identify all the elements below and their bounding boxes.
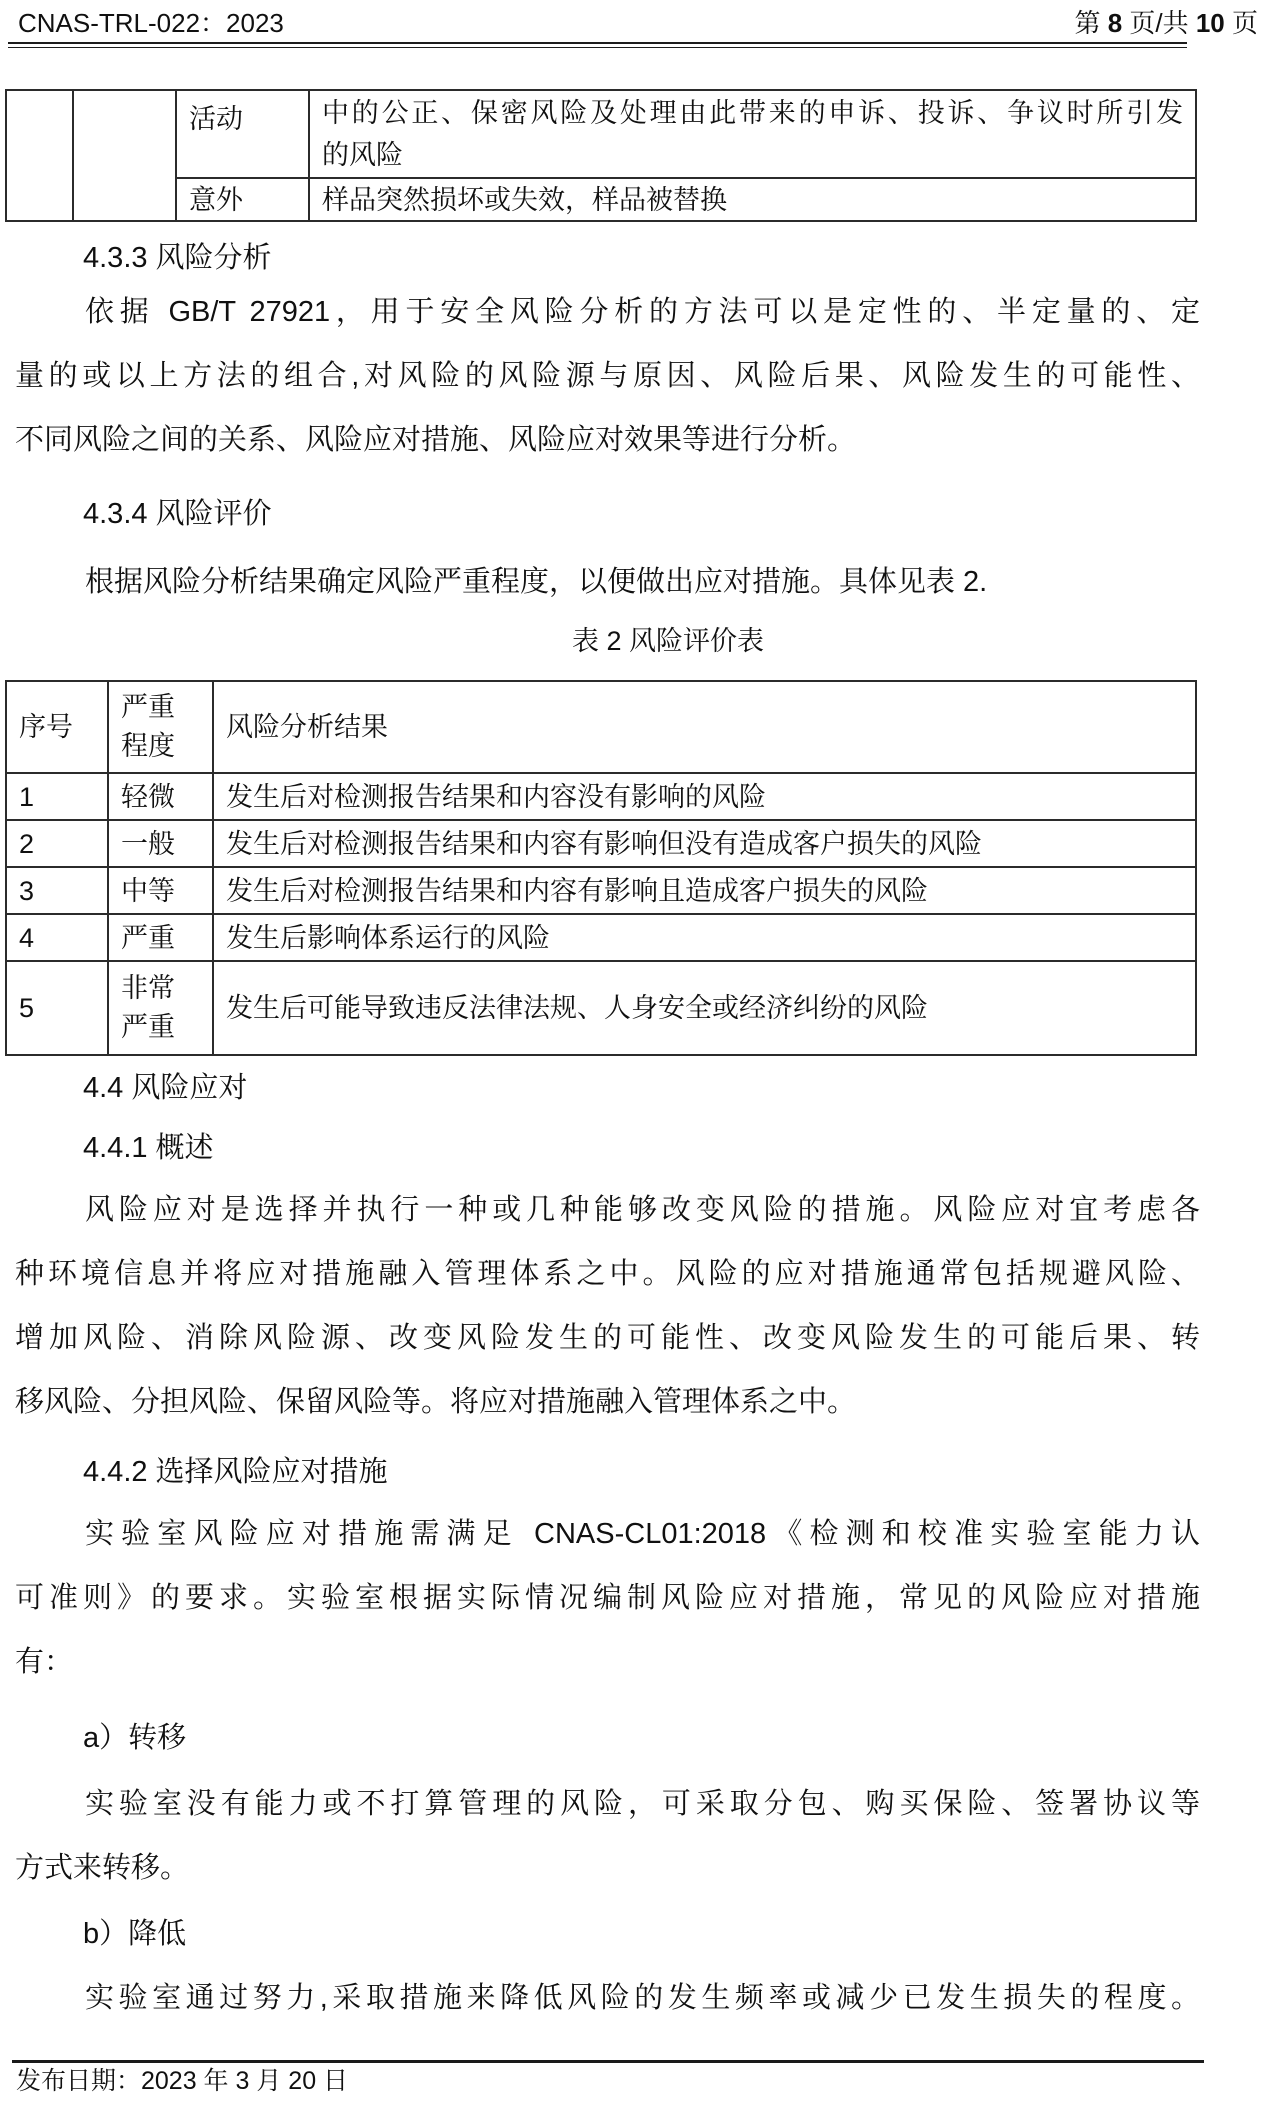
paragraph-line: 实验室没有能力或不打算管理的风险，可采取分包、购买保险、签署协议等 [15, 1772, 1200, 1836]
doc-number: CNAS-TRL-022：2023 [18, 8, 284, 38]
list-item-a-label: a）转移 [83, 1722, 1280, 1754]
col-header-result: 风险分析结果 [213, 681, 1196, 773]
paragraph-line: 实验室风险应对措施需满足 CNAS-CL01:2018《检测和校准实验室能力认 [15, 1502, 1200, 1566]
header-rule [8, 42, 1187, 48]
risk-type-cell: 意外 [176, 178, 309, 221]
col-header-severity: 严重程度 [108, 681, 213, 773]
risk-desc-cell: 样品突然损坏或失效，样品被替换 [309, 178, 1196, 221]
severity-cell: 严重 [108, 914, 213, 961]
continued-empty-cell-2 [73, 90, 176, 221]
paragraph-4-3-3: 依据 GB/T 27921，用于安全风险分析的方法可以是定性的、半定量的、定 量… [15, 280, 1200, 472]
heading-4-4: 4.4 风险应对 [83, 1072, 1280, 1104]
severity-cell: 一般 [108, 820, 213, 867]
table-row: 5 非常严重 发生后可能导致违反法律法规、人身安全或经济纠纷的风险 [6, 961, 1196, 1055]
table-row: 2 一般 发生后对检测报告结果和内容有影响但没有造成客户损失的风险 [6, 820, 1196, 867]
heading-4-4-1: 4.4.1 概述 [83, 1132, 1280, 1164]
table-row: 3 中等 发生后对检测报告结果和内容有影响且造成客户损失的风险 [6, 867, 1196, 914]
page-indicator: 第 8 页/共 10 页 [1074, 8, 1258, 38]
risk-evaluation-table: 序号 严重程度 风险分析结果 1 轻微 发生后对检测报告结果和内容没有影响的风险… [5, 680, 1197, 1056]
result-cell: 发生后对检测报告结果和内容有影响且造成客户损失的风险 [213, 867, 1196, 914]
document-page: CNAS-TRL-022：2023 第 8 页/共 10 页 活动 中的公正、保… [0, 0, 1280, 2103]
total-page-number: 10 [1196, 8, 1225, 38]
paragraph-line: 移风险、分担风险、保留风险等。将应对措施融入管理体系之中。 [15, 1370, 1200, 1434]
page-footer: 发布日期：2023 年 3 月 20 日 [12, 2060, 1204, 2099]
index-cell: 1 [6, 773, 108, 820]
paragraph-line: 可准则》的要求。实验室根据实际情况编制风险应对措施，常见的风险应对措施 [15, 1566, 1200, 1630]
risk-desc-cell: 中的公正、保密风险及处理由此带来的申诉、投诉、争议时所引发 的风险 [309, 90, 1196, 178]
table-row: 意外 样品突然损坏或失效，样品被替换 [6, 178, 1196, 221]
page-indicator-prefix: 第 [1074, 8, 1107, 38]
paragraph-4-3-4: 根据风险分析结果确定风险严重程度，以便做出应对措施。具体见表 2. [15, 550, 1200, 614]
paragraph-4-4-2: 实验室风险应对措施需满足 CNAS-CL01:2018《检测和校准实验室能力认 … [15, 1502, 1200, 1694]
index-cell: 3 [6, 867, 108, 914]
list-item-b-label: b）降低 [83, 1918, 1280, 1950]
severity-cell: 非常严重 [108, 961, 213, 1055]
page-indicator-suffix: 页 [1225, 8, 1258, 38]
paragraph-line: 依据 GB/T 27921，用于安全风险分析的方法可以是定性的、半定量的、定 [15, 280, 1200, 344]
page-indicator-middle: 页/共 [1122, 8, 1196, 38]
risk-desc-line: 中的公正、保密风险及处理由此带来的申诉、投诉、争议时所引发 [322, 92, 1183, 134]
table-row: 活动 中的公正、保密风险及处理由此带来的申诉、投诉、争议时所引发 的风险 [6, 90, 1196, 178]
result-cell: 发生后影响体系运行的风险 [213, 914, 1196, 961]
paragraph-item-a: 实验室没有能力或不打算管理的风险，可采取分包、购买保险、签署协议等 方式来转移。 [15, 1772, 1200, 1900]
result-cell: 发生后可能导致违反法律法规、人身安全或经济纠纷的风险 [213, 961, 1196, 1055]
publish-date: 发布日期：2023 年 3 月 20 日 [12, 2063, 1204, 2099]
paragraph-line: 增加风险、消除风险源、改变风险发生的可能性、改变风险发生的可能后果、转 [15, 1306, 1200, 1370]
current-page-number: 8 [1108, 8, 1122, 38]
result-cell: 发生后对检测报告结果和内容有影响但没有造成客户损失的风险 [213, 820, 1196, 867]
table-header-row: 序号 严重程度 风险分析结果 [6, 681, 1196, 773]
paragraph-line: 量的或以上方法的组合,对风险的风险源与原因、风险后果、风险发生的可能性、 [15, 344, 1200, 408]
heading-4-3-3: 4.3.3 风险分析 [83, 242, 1280, 274]
index-cell: 4 [6, 914, 108, 961]
paragraph-line: 实验室通过努力,采取措施来降低风险的发生频率或减少已发生损失的程度。 [15, 1966, 1200, 2030]
severity-cell: 中等 [108, 867, 213, 914]
result-cell: 发生后对检测报告结果和内容没有影响的风险 [213, 773, 1196, 820]
risk-type-cell: 活动 [176, 90, 309, 178]
index-cell: 5 [6, 961, 108, 1055]
severity-cell: 轻微 [108, 773, 213, 820]
paragraph-4-4-1: 风险应对是选择并执行一种或几种能够改变风险的措施。风险应对宜考虑各 种环境信息并… [15, 1178, 1200, 1434]
table-row: 4 严重 发生后影响体系运行的风险 [6, 914, 1196, 961]
paragraph-line: 有： [15, 1630, 1200, 1694]
paragraph-item-b: 实验室通过努力,采取措施来降低风险的发生频率或减少已发生损失的程度。 [15, 1966, 1200, 2030]
continued-risk-table: 活动 中的公正、保密风险及处理由此带来的申诉、投诉、争议时所引发 的风险 意外 … [5, 89, 1197, 222]
paragraph-line: 种环境信息并将应对措施融入管理体系之中。风险的应对措施通常包括规避风险、 [15, 1242, 1200, 1306]
table2-caption: 表 2 风险评价表 [28, 626, 1280, 656]
paragraph-line: 方式来转移。 [15, 1836, 1200, 1900]
page-header: CNAS-TRL-022：2023 第 8 页/共 10 页 [0, 0, 1280, 38]
table-row: 1 轻微 发生后对检测报告结果和内容没有影响的风险 [6, 773, 1196, 820]
paragraph-line: 风险应对是选择并执行一种或几种能够改变风险的措施。风险应对宜考虑各 [15, 1178, 1200, 1242]
index-cell: 2 [6, 820, 108, 867]
heading-4-4-2: 4.4.2 选择风险应对措施 [83, 1456, 1280, 1488]
continued-empty-cell-1 [6, 90, 73, 221]
heading-4-3-4: 4.3.4 风险评价 [83, 498, 1280, 530]
paragraph-line: 根据风险分析结果确定风险严重程度，以便做出应对措施。具体见表 2. [15, 550, 1200, 614]
risk-desc-line: 的风险 [322, 134, 1183, 176]
col-header-index: 序号 [6, 681, 108, 773]
paragraph-line: 不同风险之间的关系、风险应对措施、风险应对效果等进行分析。 [15, 408, 1200, 472]
